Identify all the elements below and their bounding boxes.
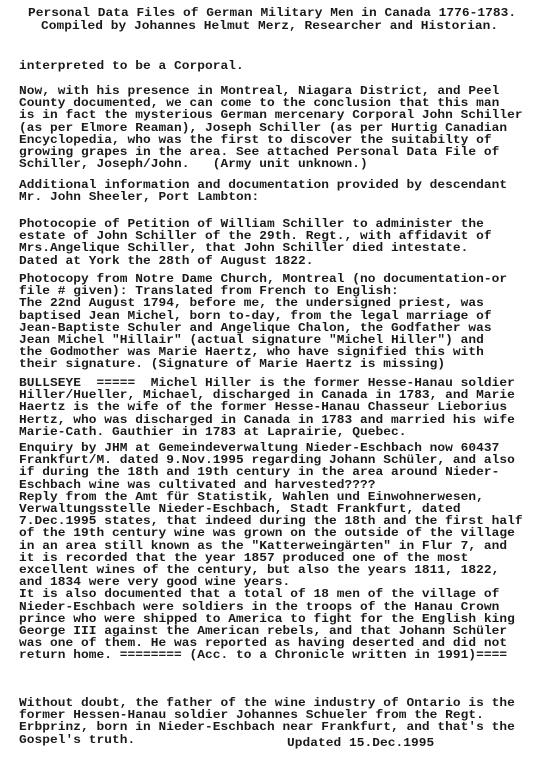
text-line: County documented, we can come to the co… bbox=[19, 97, 499, 109]
text-line: It is also documented that a total of 18… bbox=[19, 588, 499, 600]
text-line: Erbprinz, born in Nieder-Eschbach near F… bbox=[19, 721, 515, 733]
text-line: Without doubt, the father of the wine in… bbox=[19, 697, 515, 709]
text-line: Photocopy from Notre Dame Church, Montre… bbox=[19, 273, 507, 285]
text-line: baptised Jean Michel, born to-day, from … bbox=[19, 310, 492, 322]
text-line: 7.Dec.1995 states, that indeed during th… bbox=[19, 515, 523, 527]
text-line: Verwaltungsstelle Nieder-Eschbach, Stadt… bbox=[19, 503, 461, 515]
text-line: Gospel's truth. bbox=[19, 734, 135, 746]
text-line: Eschbach wine was cultivated and harvest… bbox=[19, 479, 375, 491]
text-line: excellent wines of the century, but also… bbox=[19, 564, 499, 576]
text-line: former Hessen-Hanau soldier Johannes Sch… bbox=[19, 709, 484, 721]
text-line: (as per Elmore Reaman), Joseph Schiller … bbox=[19, 122, 507, 134]
text-line: Mr. John Sheeler, Port Lambton: bbox=[19, 191, 259, 203]
text-line: Frankfurt/M. dated 9.Nov.1995 regarding … bbox=[19, 454, 515, 466]
document-page: Personal Data Files of German Military M… bbox=[0, 0, 540, 769]
updated-date: Updated 15.Dec.1995 bbox=[287, 737, 434, 749]
text-line: is in fact the mysterious German mercena… bbox=[19, 109, 523, 121]
document-subtitle: Compiled by Johannes Helmut Merz, Resear… bbox=[41, 20, 498, 32]
text-line: Schiller, Joseph/John. (Army unit unknow… bbox=[19, 158, 368, 170]
text-line: if during the 18th and 19th century in t… bbox=[19, 466, 499, 478]
text-line: Reply from the Amt für Statistik, Wahlen… bbox=[19, 491, 484, 503]
document-title: Personal Data Files of German Military M… bbox=[28, 7, 516, 19]
text-line: their signature. (Signature of Marie Hae… bbox=[19, 358, 445, 370]
text-line: Jean-Baptiste Schuler and Angelique Chal… bbox=[19, 322, 492, 334]
text-line: Marie-Cath. Gauthier in 1783 at Laprairi… bbox=[19, 426, 406, 438]
text-line: Haertz is the wife of the former Hesse-H… bbox=[19, 401, 507, 413]
text-line: The 22nd August 1794, before me, the und… bbox=[19, 297, 484, 309]
text-line: Enquiry by JHM at Gemeindeverwaltung Nie… bbox=[19, 442, 499, 454]
text-line: and 1834 were very good wine years. bbox=[19, 576, 290, 588]
text-line: growing grapes in the area. See attached… bbox=[19, 146, 499, 158]
text-line: Now, with his presence in Montreal, Niag… bbox=[19, 85, 499, 97]
text-line: Mrs.Angelique Schiller, that John Schill… bbox=[19, 242, 468, 254]
text-line: return home. ======== (Acc. to a Chronic… bbox=[19, 649, 507, 661]
text-line: George III against the American rebels, … bbox=[19, 625, 507, 637]
text-line: was one of them. He was reported as havi… bbox=[19, 637, 507, 649]
text-line: Additional information and documentation… bbox=[19, 179, 507, 191]
text-line: interpreted to be a Corporal. bbox=[19, 60, 244, 72]
text-line: file # given): Translated from French to… bbox=[19, 285, 399, 297]
text-line: Jean Michel "Hillair" (actual signature … bbox=[19, 334, 484, 346]
text-line: it is recorded that the year 1857 produc… bbox=[19, 552, 468, 564]
text-line: Photocopie of Petition of William Schill… bbox=[19, 218, 484, 230]
text-line: Dated at York the 28th of August 1822. bbox=[19, 255, 313, 267]
text-line: of the 19th century wine was grown on th… bbox=[19, 527, 515, 539]
text-line: BULLSEYE ===== Michel Hiller is the form… bbox=[19, 377, 515, 389]
text-line: Hertz, who was discharged in Canada in 1… bbox=[19, 414, 515, 426]
text-line: Encyclopedia, who was the first to disco… bbox=[19, 134, 492, 146]
text-line: Nieder-Eschbach were soldiers in the tro… bbox=[19, 601, 499, 613]
text-line: prince who were shipped to America to fi… bbox=[19, 613, 515, 625]
text-line: estate of John Schiller of the 29th. Reg… bbox=[19, 230, 492, 242]
text-line: in an area still known as the "Katterwei… bbox=[19, 540, 507, 552]
text-line: the Godmother was Marie Haertz, who have… bbox=[19, 346, 484, 358]
text-line: Hiller/Hueller, Michael, discharged in C… bbox=[19, 389, 515, 401]
